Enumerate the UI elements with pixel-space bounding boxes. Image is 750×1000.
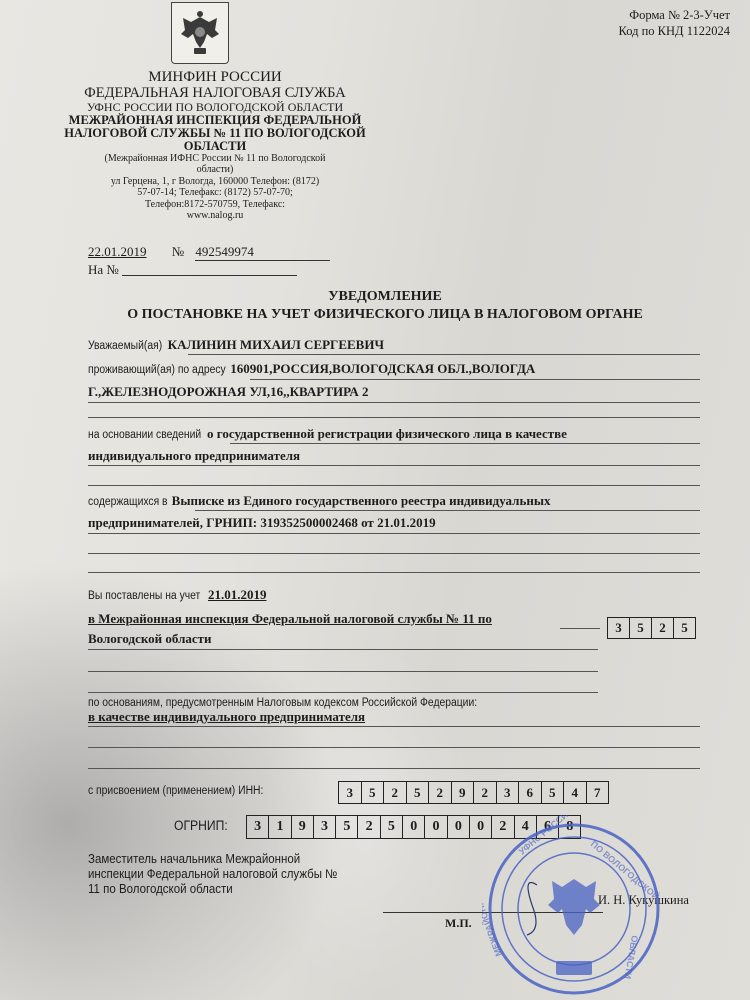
stamp-place-label: М.П. <box>445 916 472 931</box>
inn-boxes: 352529236547 <box>338 781 609 804</box>
basis-line-1: о государственной регистрации физическог… <box>207 426 567 441</box>
svg-text:ОБЛАСТИ: ОБЛАСТИ <box>622 935 640 980</box>
inn-digit: 5 <box>362 782 385 803</box>
rule <box>88 572 700 573</box>
inspection-line-2: НАЛОГОВОЙ СЛУЖБЫ № 11 ПО ВОЛОГОДСКОЙ <box>45 127 385 140</box>
address-2: 57-07-14; Телефакс: (8172) 57-07-70; <box>45 187 385 199</box>
source-row-2: предпринимателей, ГРНИП: 319352500002468… <box>88 515 700 531</box>
inn-digit: 5 <box>542 782 565 803</box>
rule <box>88 485 700 486</box>
registered-date: 21.01.2019 <box>208 587 267 602</box>
coat-of-arms-icon <box>171 2 229 64</box>
address-row: проживающий(ая) по адресу 160901,РОССИЯ,… <box>88 361 700 377</box>
authority-line-2: Вологодской области <box>88 631 212 646</box>
rule <box>230 443 700 444</box>
signatory-position: Заместитель начальника Межрайонной инспе… <box>88 852 338 897</box>
source-label: содержащихся в <box>88 496 168 508</box>
title-line-1: УВЕДОМЛЕНИЕ <box>80 288 690 306</box>
position-line-2: инспекции Федеральной налоговой службы № <box>88 867 338 882</box>
website-link[interactable]: www.nalog.ru <box>45 210 385 222</box>
svg-text:МЕЖРАЙОННАЯ: МЕЖРАЙОННАЯ <box>482 886 504 958</box>
source-line-1: Выписке из Единого государственного реес… <box>172 493 551 508</box>
grounds-row: по основаниям, предусмотренным Налоговым… <box>88 694 700 710</box>
inn-digit: 9 <box>452 782 475 803</box>
title-line-2: О ПОСТАНОВКЕ НА УЧЕТ ФИЗИЧЕСКОГО ЛИЦА В … <box>80 306 690 324</box>
inn-digit: 7 <box>587 782 609 803</box>
ministry-name: МИНФИН РОССИИ <box>45 70 385 86</box>
position-line-3: 11 по Вологодской области <box>88 882 338 897</box>
ogrnip-digit: 3 <box>314 816 336 838</box>
rule <box>88 402 700 403</box>
rule <box>88 417 700 418</box>
basis-row-2: индивидуального предпринимателя <box>88 448 700 464</box>
ogrnip-digit: 9 <box>292 816 314 838</box>
grounds-label: по основаниям, предусмотренным Налоговым… <box>88 697 477 709</box>
ogrnip-digit: 0 <box>403 816 425 838</box>
source-line-2: предпринимателей, ГРНИП: 319352500002468… <box>88 515 436 530</box>
inn-digit: 2 <box>384 782 407 803</box>
ogrnip-label: ОГРНИП: <box>174 818 228 833</box>
registered-row: Вы поставлены на учет 21.01.2019 <box>88 587 700 603</box>
rule <box>88 671 598 672</box>
reply-label: На № <box>88 262 119 277</box>
ogrnip-digit: 2 <box>358 816 380 838</box>
rule <box>88 649 598 650</box>
address-line-1: 160901,РОССИЯ,ВОЛОГОДСКАЯ ОБЛ.,ВОЛОГДА <box>230 361 535 376</box>
document-number-row: 22.01.2019 № 492549974 На № <box>88 244 330 278</box>
short-name-1: (Межрайонная ИФНС России № 11 по Вологод… <box>45 153 385 165</box>
rule <box>88 726 700 727</box>
svg-text:ПО ВОЛОГОДСКОЙ: ПО ВОЛОГОДСКОЙ <box>589 838 662 902</box>
inn-digit: 2 <box>474 782 497 803</box>
registered-label: Вы поставлены на учет <box>88 590 200 602</box>
authority-line-1: в Межрайонная инспекция Федеральной нало… <box>88 611 492 626</box>
ogrnip-digit: 1 <box>269 816 291 838</box>
short-name-2: области) <box>45 164 385 176</box>
basis-row: на основании сведений о государственной … <box>88 426 700 442</box>
inn-digit: 2 <box>429 782 452 803</box>
addressee-row: Уважаемый(ая) КАЛИНИН МИХАИЛ СЕРГЕЕВИЧ <box>88 337 700 353</box>
document-date: 22.01.2019 <box>88 244 147 259</box>
rule <box>188 354 700 355</box>
rule <box>88 768 700 769</box>
document-title: УВЕДОМЛЕНИЕ О ПОСТАНОВКЕ НА УЧЕТ ФИЗИЧЕС… <box>80 288 690 323</box>
ogrnip-digit: 5 <box>336 816 358 838</box>
ogrnip-digit: 3 <box>247 816 269 838</box>
rule <box>88 553 700 554</box>
addressee-label: Уважаемый(ая) <box>88 340 162 352</box>
inspection-line-1: МЕЖРАЙОННАЯ ИНСПЕКЦИЯ ФЕДЕРАЛЬНОЙ <box>45 114 385 127</box>
address-1: ул Герцена, 1, г Вологда, 160000 Телефон… <box>45 176 385 188</box>
position-line-1: Заместитель начальника Межрайонной <box>88 852 338 867</box>
inn-digit: 3 <box>339 782 362 803</box>
inn-label: с присвоением (применением) ИНН: <box>88 785 263 797</box>
inn-digit: 4 <box>564 782 587 803</box>
number-label: № <box>172 244 184 259</box>
official-stamp-icon: УФНС РОССИИ ПО ВОЛОГОДСКОЙ ОБЛАСТИ МЕЖРА… <box>482 815 662 1000</box>
regional-office: УФНС РОССИИ ПО ВОЛОГОДСКОЙ ОБЛАСТИ <box>45 101 385 114</box>
address-line-2: Г.,ЖЕЛЕЗНОДОРОЖНАЯ УЛ,16,,КВАРТИРА 2 <box>88 384 369 399</box>
ogrnip-digit: 0 <box>425 816 447 838</box>
inspection-line-3: ОБЛАСТИ <box>45 140 385 153</box>
rule <box>88 533 700 534</box>
basis-label: на основании сведений <box>88 429 201 441</box>
addressee-name: КАЛИНИН МИХАИЛ СЕРГЕЕВИЧ <box>168 337 384 352</box>
address-row-2: Г.,ЖЕЛЕЗНОДОРОЖНАЯ УЛ,16,,КВАРТИРА 2 <box>88 384 700 400</box>
inn-digit: 6 <box>519 782 542 803</box>
basis-line-2: индивидуального предпринимателя <box>88 448 300 463</box>
rule <box>88 747 700 748</box>
ogrnip-digit: 5 <box>381 816 403 838</box>
svg-text:УФНС РОССИИ: УФНС РОССИИ <box>517 815 575 857</box>
authority-row: в Межрайонная инспекция Федеральной нало… <box>88 611 600 627</box>
grounds-value-row: в качестве индивидуального предпринимате… <box>88 709 700 725</box>
rule <box>560 628 600 629</box>
ogrnip-digit: 0 <box>448 816 470 838</box>
form-identifier: Форма № 2-3-Учет Код по КНД 1122024 <box>619 8 730 39</box>
knd-code: Код по КНД 1122024 <box>619 24 730 40</box>
address-label: проживающий(ая) по адресу <box>88 364 226 376</box>
address-3: Телефон:8172-570759, Телефакс: <box>45 199 385 211</box>
source-row: содержащихся в Выписке из Единого госуда… <box>88 493 700 509</box>
grounds-value: в качестве индивидуального предпринимате… <box>88 709 365 724</box>
inn-digit: 3 <box>497 782 520 803</box>
document-number: 492549974 <box>195 244 330 261</box>
authority-row-2: Вологодской области <box>88 631 700 647</box>
rule <box>250 379 700 380</box>
rule <box>195 510 700 511</box>
issuer-header: МИНФИН РОССИИ ФЕДЕРАЛЬНАЯ НАЛОГОВАЯ СЛУЖ… <box>45 70 385 222</box>
rule <box>88 465 700 466</box>
service-name: ФЕДЕРАЛЬНАЯ НАЛОГОВАЯ СЛУЖБА <box>45 86 385 101</box>
inn-digit: 5 <box>407 782 430 803</box>
form-number: Форма № 2-3-Учет <box>619 8 730 24</box>
rule <box>88 692 598 693</box>
reply-number <box>122 263 297 276</box>
